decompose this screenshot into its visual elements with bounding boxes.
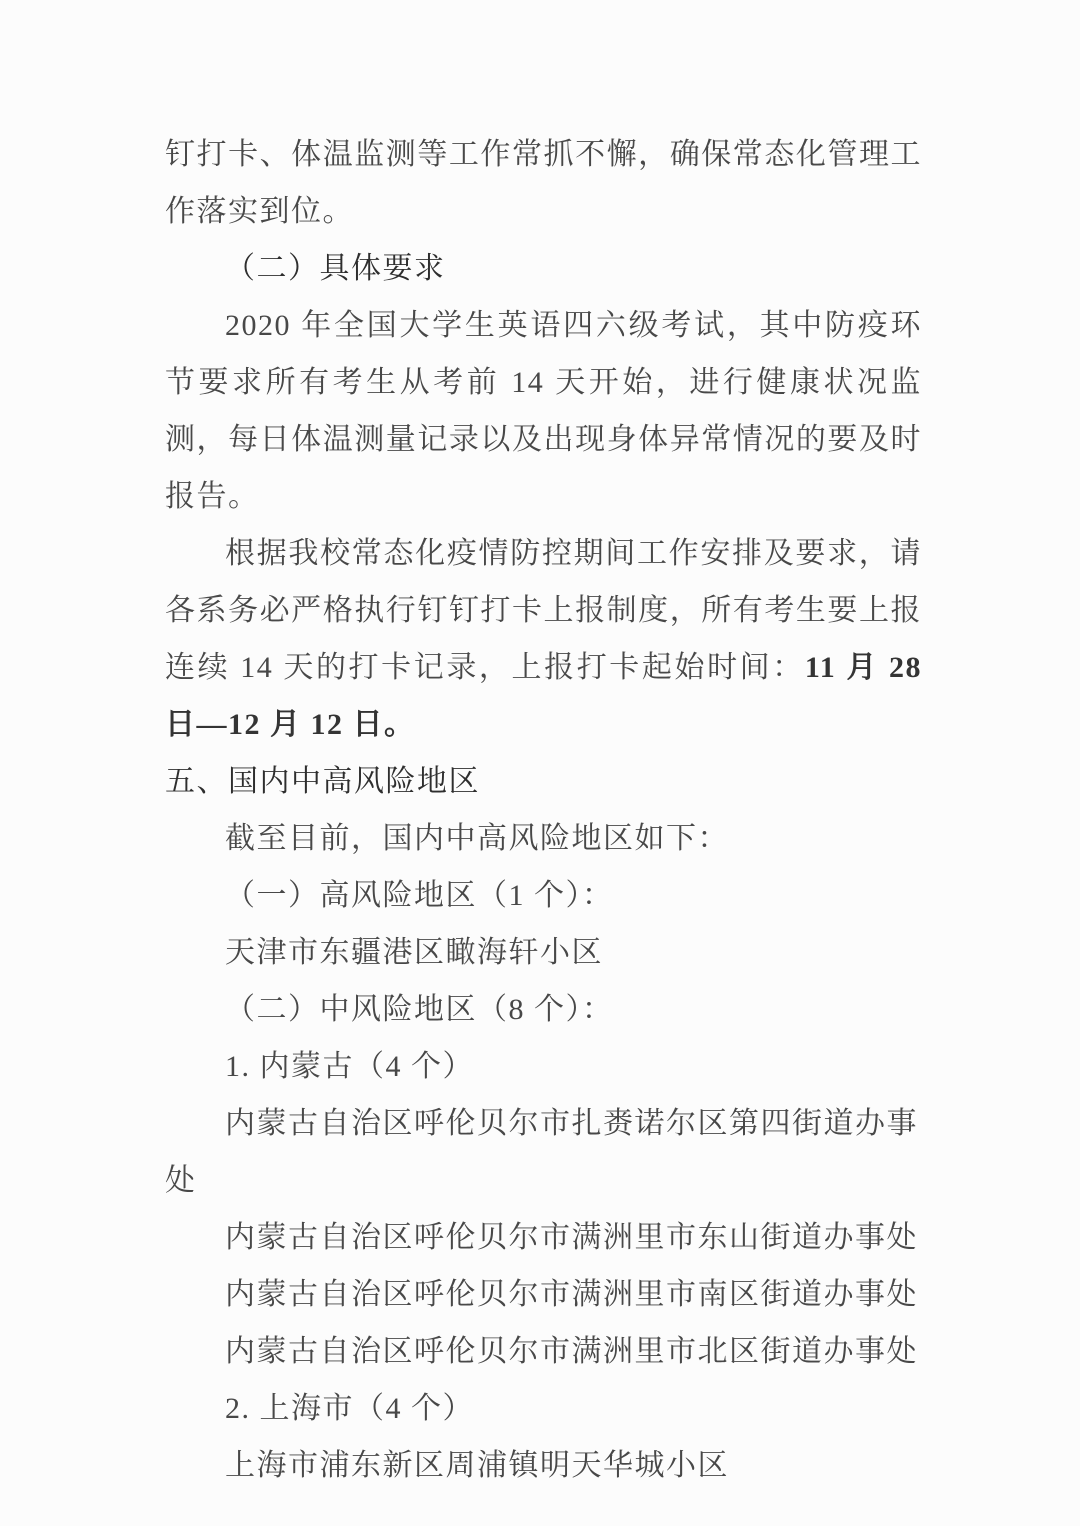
list-heading-shanghai: 2. 上海市（4 个） [165, 1380, 922, 1437]
paragraph-dingding-checkin: 根据我校常态化疫情防控期间工作安排及要求，请各系务必严格执行钉钉打卡上报制度，所… [165, 525, 922, 753]
risk-area-item-beiqu: 内蒙古自治区呼伦贝尔市满洲里市北区街道办事处 [165, 1323, 922, 1380]
paragraph-risk-areas-intro: 截至目前，国内中高风险地区如下： [165, 810, 922, 867]
subsection-heading-specific-requirements: （二）具体要求 [165, 240, 922, 297]
list-heading-inner-mongolia: 1. 内蒙古（4 个） [165, 1038, 922, 1095]
risk-area-item-dongshan: 内蒙古自治区呼伦贝尔市满洲里市东山街道办事处 [165, 1209, 922, 1266]
paragraph-normalized-management: 钉打卡、体温监测等工作常抓不懈，确保常态化管理工作落实到位。 [165, 126, 922, 240]
document-page: 钉打卡、体温监测等工作常抓不懈，确保常态化管理工作落实到位。 （二）具体要求 2… [0, 0, 1080, 1526]
risk-area-item-zhalainuoer: 内蒙古自治区呼伦贝尔市扎赉诺尔区第四街道办事处 [165, 1095, 922, 1209]
subheading-high-risk-areas: （一）高风险地区（1 个）： [165, 867, 922, 924]
risk-area-item-tianjin: 天津市东疆港区瞰海轩小区 [165, 924, 922, 981]
risk-area-item-mingtianhuacheng: 上海市浦东新区周浦镇明天华城小区 [165, 1437, 922, 1494]
risk-area-item-nanqu: 内蒙古自治区呼伦贝尔市满洲里市南区街道办事处 [165, 1266, 922, 1323]
section-heading-risk-areas: 五、国内中高风险地区 [165, 753, 922, 810]
subheading-medium-risk-areas: （二）中风险地区（8 个）： [165, 981, 922, 1038]
paragraph-cet-exam-requirements: 2020 年全国大学生英语四六级考试，其中防疫环节要求所有考生从考前 14 天开… [165, 297, 922, 525]
